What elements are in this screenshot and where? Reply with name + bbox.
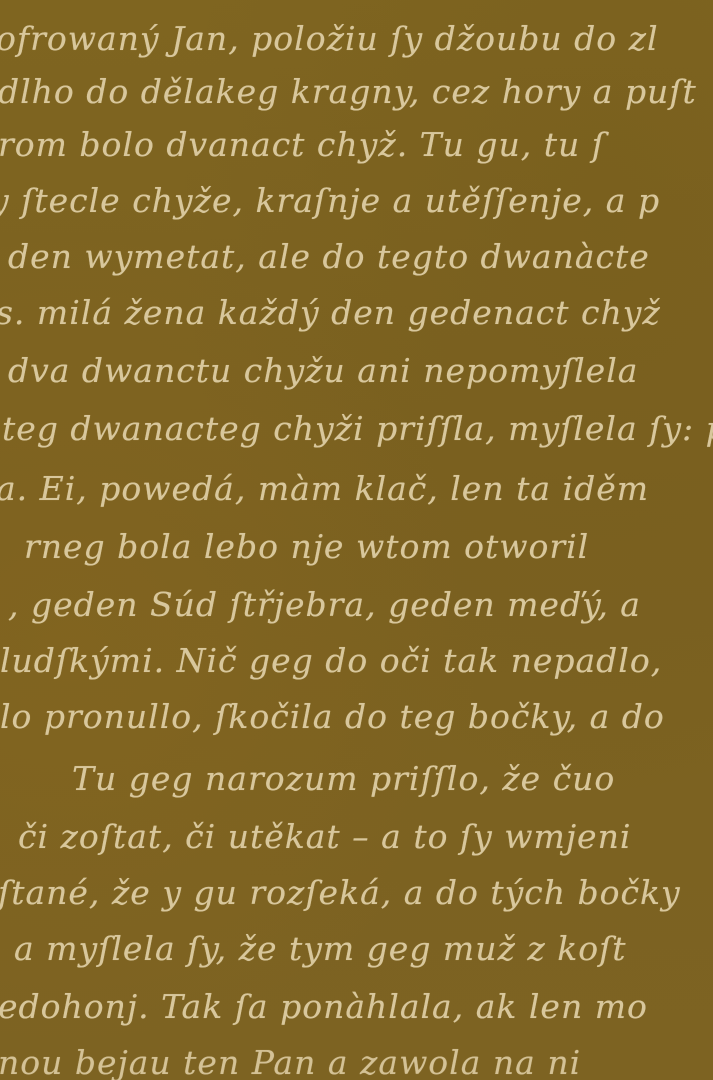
manuscript-line-4: y ſtecle chyže, kraſnje a utěſſenje, a p: [0, 184, 660, 217]
manuscript-line-11: , geden Súd ſtřjebra, geden meďý, a: [8, 588, 641, 621]
manuscript-line-3: rom bolo dvanact chyž. Tu gu, tu ſ: [0, 128, 605, 161]
manuscript-line-15: či zoſtat, či utěkat – a to ſy wmjeni: [18, 820, 631, 853]
manuscript-page: ofrowaný Jan, položiu ſy džoubu do zl dl…: [0, 0, 713, 1080]
manuscript-line-7: dva dwanctu chyžu ani nepomyſlela: [8, 354, 638, 387]
manuscript-line-13: lo pronullo, ſkočila do teg bočky, a do: [0, 700, 665, 733]
manuscript-line-2: dlho do dělakeg kragny, cez hory a puſt: [0, 75, 697, 108]
manuscript-line-8: teg dwanacteg chyži priſſla, myſlela ſy:…: [2, 412, 713, 445]
manuscript-line-12: ludſkými. Nič geg do oči tak nepadlo,: [0, 644, 662, 677]
manuscript-line-9: a. Ei, powedá, màm klač, len ta iděm: [0, 472, 649, 505]
manuscript-line-1: ofrowaný Jan, položiu ſy džoubu do zl: [0, 22, 659, 55]
manuscript-line-5: den wymetat, ale do tegto dwanàcte: [8, 240, 650, 273]
manuscript-line-6: s. milá žena každý den gedenact chyž: [0, 296, 661, 329]
manuscript-line-16: ſtané, že y gu rozſeká, a do tých bočky: [0, 876, 681, 909]
manuscript-line-17: a myſlela ſy, že tym geg muž z koſt: [14, 932, 627, 965]
manuscript-line-10: rneg bola lebo nje wtom otworil: [24, 530, 589, 563]
manuscript-line-14: Tu geg narozum priſſlo, že čuo: [72, 762, 615, 795]
manuscript-line-19: nou bejau ten Pan a zawola na ni: [0, 1046, 581, 1079]
manuscript-line-18: edohonj. Tak ſa ponàhlala, ak len mo: [0, 990, 648, 1023]
